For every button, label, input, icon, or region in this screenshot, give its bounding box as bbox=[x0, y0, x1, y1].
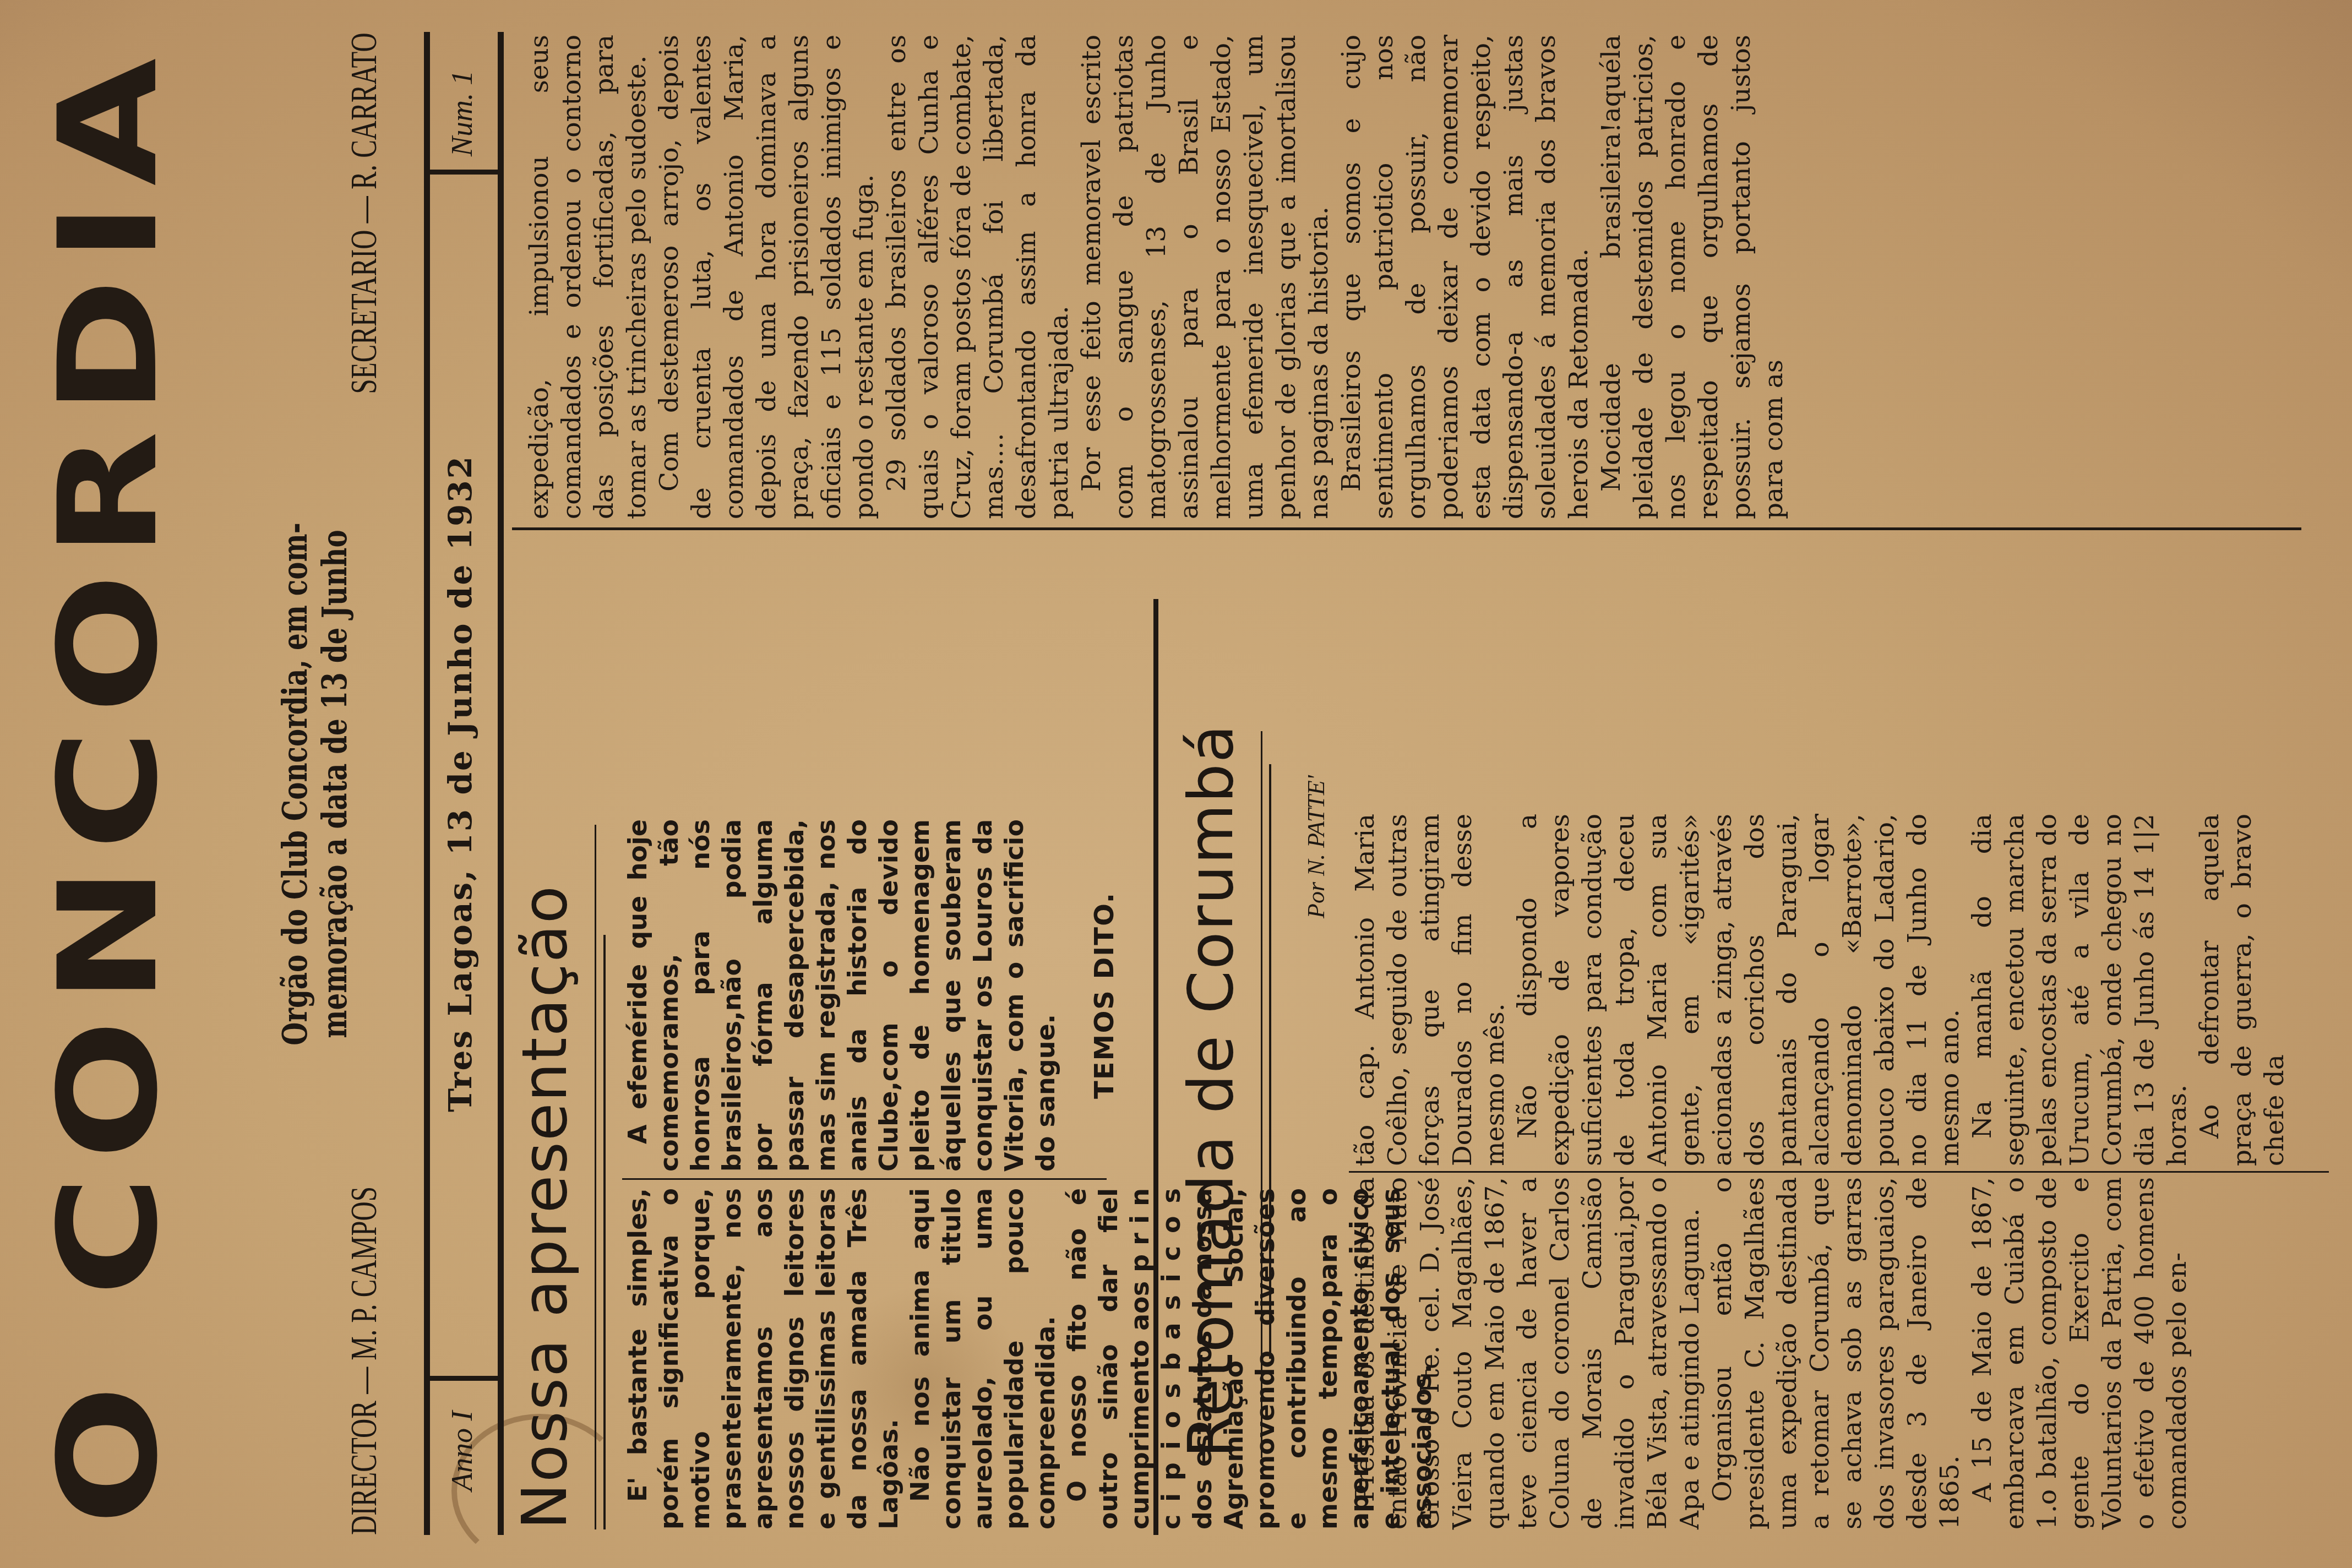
paragraph: Mocidade brasileira!aquéla pleidade de d… bbox=[1595, 35, 1790, 519]
paragraph: Na manhã do dia seguinte, encetou marcha… bbox=[1966, 814, 2193, 1166]
info-bar: Anno I Tres Lagoas, 13 de Junho de 1932 … bbox=[424, 32, 504, 1535]
paragraph: Presidia os destinos da então Provincia … bbox=[1349, 1177, 1706, 1529]
article-2-headline: Retomada de Corumbá bbox=[1178, 687, 1244, 1458]
paragraph: expedição, impulsionou seus comandados e… bbox=[523, 35, 653, 519]
column-divider bbox=[622, 1178, 1107, 1180]
staff-line: DIRECTOR — M. P. CAMPOS SECRETARIO — R. … bbox=[344, 32, 383, 1535]
article-separator bbox=[1153, 599, 1158, 1535]
paragraph: tão cap. Antonio Maria Coêlho, seguido d… bbox=[1349, 814, 1511, 1166]
masthead-title: O CONCORDIA bbox=[52, 0, 165, 1568]
headline-underline bbox=[1261, 731, 1262, 1458]
newspaper-page: O CONCORDIA Orgão do Club Concordia, em … bbox=[0, 0, 2352, 1568]
headline-underline bbox=[603, 935, 606, 1529]
director-credit: DIRECTOR — M. P. CAMPOS bbox=[344, 1186, 383, 1535]
paragraph: Com destemeroso arrojo, depois de cruent… bbox=[653, 35, 880, 519]
column-divider bbox=[1349, 1171, 2329, 1173]
article-2-column-3: expedição, impulsionou seus comandados e… bbox=[523, 35, 1790, 519]
paragraph: Brasileiros que somos e cujo sentimento … bbox=[1335, 35, 1595, 519]
secretary-credit: SECRETARIO — R. CARRATO bbox=[344, 32, 383, 394]
article-2-column-2: tão cap. Antonio Maria Coêlho, seguido d… bbox=[1349, 814, 2291, 1166]
paragraph: Por esse feito memoravel escrito com o s… bbox=[1075, 35, 1335, 519]
paragraph: Não dispondo a expedição de vapores sufi… bbox=[1511, 814, 1966, 1166]
paragraph: Organisou então o presidente C. Magalhãe… bbox=[1706, 1177, 1966, 1529]
paragraph: Não nos anima aqui conquistar um titulo … bbox=[905, 1188, 1061, 1529]
article-2-byline: Por N. PATTE' bbox=[1302, 775, 1330, 918]
paragraph: 29 soldados brasileiros entre os quais o… bbox=[880, 35, 1075, 519]
article-1-column-2: A efeméride que hoje comemoramos, tão ho… bbox=[622, 819, 1118, 1172]
issue-number: Num. 1 bbox=[445, 70, 479, 156]
article-2-column-1: Presidia os destinos da então Provincia … bbox=[1349, 1177, 2193, 1529]
paragraph: A efeméride que hoje comemoramos, tão ho… bbox=[622, 819, 1061, 1172]
paragraph: Ao defrontar aquela praça de guerra, o b… bbox=[2193, 814, 2291, 1166]
column-divider bbox=[512, 527, 2301, 530]
subtitle-line-1: Orgão do Club Concordia, em com- bbox=[275, 172, 315, 1395]
paragraph: E' bastante simples, porém significativa… bbox=[622, 1188, 905, 1529]
paragraph: A 15 de Maio de 1867, embarcava em Cuiab… bbox=[1966, 1177, 2193, 1529]
article-1-headline: Nossa apresentação bbox=[512, 814, 578, 1529]
article-1-signature: TEMOS DITO. bbox=[1089, 819, 1120, 1172]
headline-underline bbox=[1269, 764, 1271, 1359]
dateline: Tres Lagoas, 13 de Junho de 1932 bbox=[442, 32, 479, 1535]
article-1-column-1: E' bastante simples, porém significativa… bbox=[622, 1188, 1118, 1529]
headline-underline bbox=[595, 825, 596, 1529]
bottom-rule bbox=[498, 32, 504, 1535]
top-rule bbox=[424, 32, 430, 1535]
